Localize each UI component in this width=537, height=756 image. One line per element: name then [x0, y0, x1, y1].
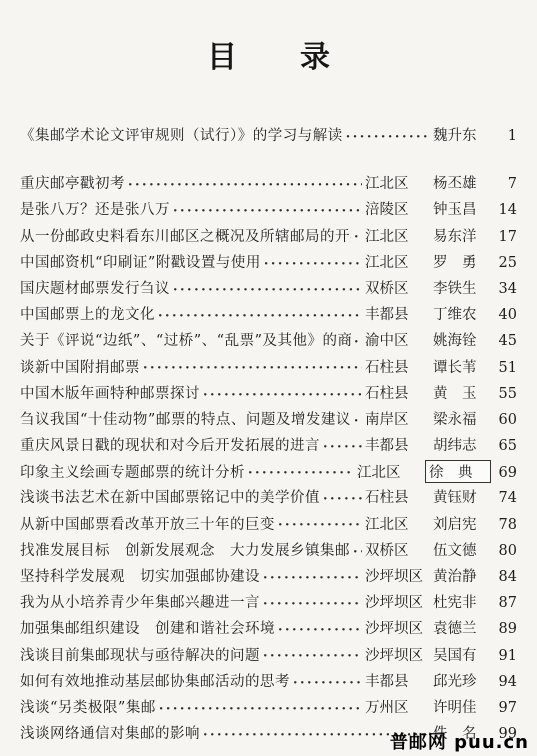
- toc-row: 中国邮资机“印刷证”附戳设置与使用 江北区 罗 勇 25: [20, 251, 517, 277]
- toc-entry-page-number: 1: [491, 128, 517, 144]
- dot-leader: [159, 702, 362, 717]
- toc-entry-page-number: 80: [491, 543, 517, 559]
- toc-entry-district: 万州区: [365, 696, 433, 717]
- toc-entry-page-number: 91: [491, 648, 517, 664]
- toc-entry-author: 罗 勇: [433, 251, 491, 272]
- toc-entry-title: 中国木版年画特种邮票探讨: [20, 382, 200, 403]
- toc-entry-title: 重庆风景日戳的现状和对今后开发拓展的进言: [20, 434, 320, 455]
- toc-row: 重庆风景日戳的现状和对今后开发拓展的进言 丰都县 胡纬志 65: [20, 434, 517, 460]
- toc-entry-page-number: 97: [491, 700, 517, 716]
- toc-row: 国庆题材邮票发行刍议 双桥区 李铁生 34: [20, 277, 517, 303]
- toc-entry-title: 浅谈书法艺术在新中国邮票铭记中的美学价值: [20, 486, 320, 507]
- toc-entry-page-number: 25: [491, 255, 517, 271]
- dot-leader: [128, 178, 362, 193]
- toc-entry-page-number: 87: [491, 595, 517, 611]
- dot-leader: [323, 492, 362, 507]
- toc-entry-title: 我为从小培养青少年集邮兴趣进一言: [20, 591, 260, 612]
- toc-entry-author: 姚海铨: [433, 329, 491, 350]
- toc-entry-title: 坚持科学发展观 切实加强邮协建设: [20, 565, 260, 586]
- dot-leader: [264, 257, 362, 272]
- toc-entry-title: 中国邮票上的龙文化: [20, 303, 155, 324]
- toc-entry-page-number: 17: [491, 229, 517, 245]
- dot-leader: [353, 545, 362, 560]
- dot-leader: [263, 597, 362, 612]
- toc-entry-title: 印象主义绘画专题邮票的统计分析: [20, 461, 245, 482]
- dot-leader: [263, 571, 362, 586]
- toc-row: 中国邮票上的龙文化 丰都县 丁维农 40: [20, 303, 517, 329]
- toc-entry-author: 梁永福: [433, 408, 491, 429]
- toc-entry-author: 伍文德: [433, 539, 491, 560]
- toc-entry-district: 江北区: [365, 172, 433, 193]
- toc-entry-page-number: 51: [491, 360, 517, 376]
- toc-row: 谈新中国附捐邮票 石柱县 谭长苇 51: [20, 356, 517, 382]
- toc-entry-district: 江北区: [357, 461, 425, 482]
- toc-entry-title: 找准发展目标 创新发展观念 大力发展乡镇集邮: [20, 539, 350, 560]
- toc-entry-district: 沙坪坝区: [365, 617, 433, 638]
- toc-entry-page-number: 69: [491, 465, 517, 481]
- toc-entry-district: 丰都县: [365, 670, 433, 691]
- toc-entry-page-number: 14: [491, 202, 517, 218]
- dot-leader: [278, 518, 362, 533]
- toc-entry-page-number: 94: [491, 674, 517, 690]
- toc-entry-page-number: 74: [491, 490, 517, 506]
- toc-entry-author: 钟玉昌: [433, 198, 491, 219]
- toc-entry-author: 刘启宪: [433, 513, 491, 534]
- toc-entry-author: 李铁生: [433, 277, 491, 298]
- toc-entry-district: 南岸区: [365, 408, 433, 429]
- toc-entry-author: 丁维农: [433, 303, 491, 324]
- toc-entry-title: 从一份邮政史料看东川邮区之概况及所辖邮局的开办时间: [20, 225, 351, 246]
- toc-entry-author: 胡纬志: [433, 434, 491, 455]
- toc-row: 从新中国邮票看改革开放三十年的巨变 江北区 刘启宪 78: [20, 513, 517, 539]
- page-title: 目 录: [20, 32, 517, 76]
- toc-entry-author: 黄治静: [433, 565, 491, 586]
- toc-entry-author: 易东洋: [433, 225, 491, 246]
- toc-page: 目 录 《集邮学术论文评审规则（试行）》的学习与解读 魏升东 1 重庆邮亭戳初考…: [0, 0, 537, 748]
- toc-entry-title: 浅谈网络通信对集邮的影响: [20, 722, 200, 743]
- dot-leader: [354, 335, 362, 350]
- toc-entry-author: 杜宪非: [433, 591, 491, 612]
- toc-entry-district: 石柱县: [365, 486, 433, 507]
- toc-entry-page-number: 89: [491, 621, 517, 637]
- toc-row: 我为从小培养青少年集邮兴趣进一言 沙坪坝区 杜宪非 87: [20, 591, 517, 617]
- toc-entry-district: 渝中区: [365, 329, 433, 350]
- toc-row: 是张八万？还是张八万 涪陵区 钟玉昌 14: [20, 198, 517, 224]
- toc-entry-district: 沙坪坝区: [365, 591, 433, 612]
- toc-row: 关于《评说“边纸”、“过桥”、“乱票”及其他》的商讨 渝中区 姚海铨 45: [20, 329, 517, 355]
- toc-entry-title: 是张八万？还是张八万: [20, 198, 170, 219]
- toc-entry-title: 加强集邮组织建设 创建和谐社会环境: [20, 617, 275, 638]
- toc-entry-district: 江北区: [365, 225, 433, 246]
- toc-entry-author: 邱光珍: [433, 670, 491, 691]
- toc-entry-author: 吴国有: [433, 644, 491, 665]
- dot-leader: [158, 309, 362, 324]
- toc-row: 浅谈目前集邮现状与亟待解决的问题 沙坪坝区 吴国有 91: [20, 644, 517, 670]
- toc-entry-page-number: 78: [491, 517, 517, 533]
- toc-entry-author: 黄钰财: [433, 486, 491, 507]
- toc-entry-page-number: 7: [491, 176, 517, 192]
- dot-leader: [354, 414, 362, 429]
- toc-entry-author: 杨丕雄: [433, 172, 491, 193]
- dot-leader: [293, 676, 362, 691]
- toc-entry-district: 江北区: [365, 513, 433, 534]
- dot-leader: [143, 361, 362, 376]
- toc-entry-title: 关于《评说“边纸”、“过桥”、“乱票”及其他》的商讨: [20, 329, 351, 350]
- toc-row: 从一份邮政史料看东川邮区之概况及所辖邮局的开办时间 江北区 易东洋 17: [20, 225, 517, 251]
- toc-row: 刍议我国“十佳动物”邮票的特点、问题及增发建议 南岸区 梁永福 60: [20, 408, 517, 434]
- toc-row: 找准发展目标 创新发展观念 大力发展乡镇集邮 双桥区 伍文德 80: [20, 539, 517, 565]
- toc-entry-district: 双桥区: [365, 277, 433, 298]
- toc-entry-author: 魏升东: [433, 124, 491, 145]
- dot-leader: [248, 466, 354, 481]
- toc-entry-author: 袁德兰: [433, 617, 491, 638]
- dot-leader: [346, 130, 430, 145]
- toc-entry-district: 双桥区: [365, 539, 433, 560]
- toc-entry-title: 如何有效地推动基层邮协集邮活动的思考: [20, 670, 290, 691]
- toc-entry-page-number: 60: [491, 412, 517, 428]
- dot-leader: [323, 440, 362, 455]
- toc-entry-page-number: 65: [491, 438, 517, 454]
- toc-entry-author: 黄 玉: [433, 382, 491, 403]
- toc-row: 《集邮学术论文评审规则（试行）》的学习与解读 魏升东 1: [20, 124, 517, 150]
- toc-entry-title: 《集邮学术论文评审规则（试行）》的学习与解读: [20, 124, 343, 145]
- toc-entry-district: 江北区: [365, 251, 433, 272]
- toc-entry-title: 国庆题材邮票发行刍议: [20, 277, 170, 298]
- toc-row: 如何有效地推动基层邮协集邮活动的思考 丰都县 邱光珍 94: [20, 670, 517, 696]
- watermark: 普邮网 puu.cn: [390, 728, 529, 754]
- toc-entry-title: 中国邮资机“印刷证”附戳设置与使用: [20, 251, 261, 272]
- dot-leader: [354, 230, 362, 245]
- dot-leader: [278, 623, 362, 638]
- toc-row: 中国木版年画特种邮票探讨 石柱县 黄 玉 55: [20, 382, 517, 408]
- toc-entry-district: 石柱县: [365, 356, 433, 377]
- dot-leader: [263, 649, 362, 664]
- toc-row: 加强集邮组织建设 创建和谐社会环境 沙坪坝区 袁德兰 89: [20, 617, 517, 643]
- toc-entry-district: 沙坪坝区: [365, 644, 433, 665]
- toc-row: 坚持科学发展观 切实加强邮协建设 沙坪坝区 黄治静 84: [20, 565, 517, 591]
- toc-entry-page-number: 34: [491, 281, 517, 297]
- toc-entry-author: 谭长苇: [433, 356, 491, 377]
- toc-entry-title: 浅谈目前集邮现状与亟待解决的问题: [20, 644, 260, 665]
- toc-entry-title: 浅谈“另类极限”集邮: [20, 696, 156, 717]
- toc-row: 重庆邮亭戳初考 江北区 杨丕雄 7: [20, 172, 517, 198]
- toc-row: 浅谈书法艺术在新中国邮票铭记中的美学价值 石柱县 黄钰财 74: [20, 486, 517, 512]
- dot-leader: [173, 283, 362, 298]
- dot-leader: [203, 388, 362, 403]
- toc-entry-page-number: 40: [491, 307, 517, 323]
- toc-entry-title: 谈新中国附捐邮票: [20, 356, 140, 377]
- toc-entry-district: 丰都县: [365, 303, 433, 324]
- toc-entry-page-number: 84: [491, 569, 517, 585]
- toc-entry-title: 重庆邮亭戳初考: [20, 172, 125, 193]
- toc-row: 浅谈“另类极限”集邮 万州区 许明佳 97: [20, 696, 517, 722]
- toc-row: 印象主义绘画专题邮票的统计分析 江北区 徐 典 69: [20, 460, 517, 486]
- toc-entry-district: 丰都县: [365, 434, 433, 455]
- toc-entry-district: 涪陵区: [365, 198, 433, 219]
- dot-leader: [173, 204, 362, 219]
- toc-entry-page-number: 45: [491, 333, 517, 349]
- toc-entry-district: 石柱县: [365, 382, 433, 403]
- toc-entry-title: 从新中国邮票看改革开放三十年的巨变: [20, 513, 275, 534]
- toc-entry-title: 刍议我国“十佳动物”邮票的特点、问题及增发建议: [20, 408, 351, 429]
- toc-list: 《集邮学术论文评审规则（试行）》的学习与解读 魏升东 1 重庆邮亭戳初考 江北区…: [20, 124, 517, 748]
- toc-entry-author: 徐 典: [425, 460, 491, 483]
- toc-entry-page-number: 55: [491, 386, 517, 402]
- toc-entry-district: 沙坪坝区: [365, 565, 433, 586]
- toc-entry-author: 许明佳: [433, 696, 491, 717]
